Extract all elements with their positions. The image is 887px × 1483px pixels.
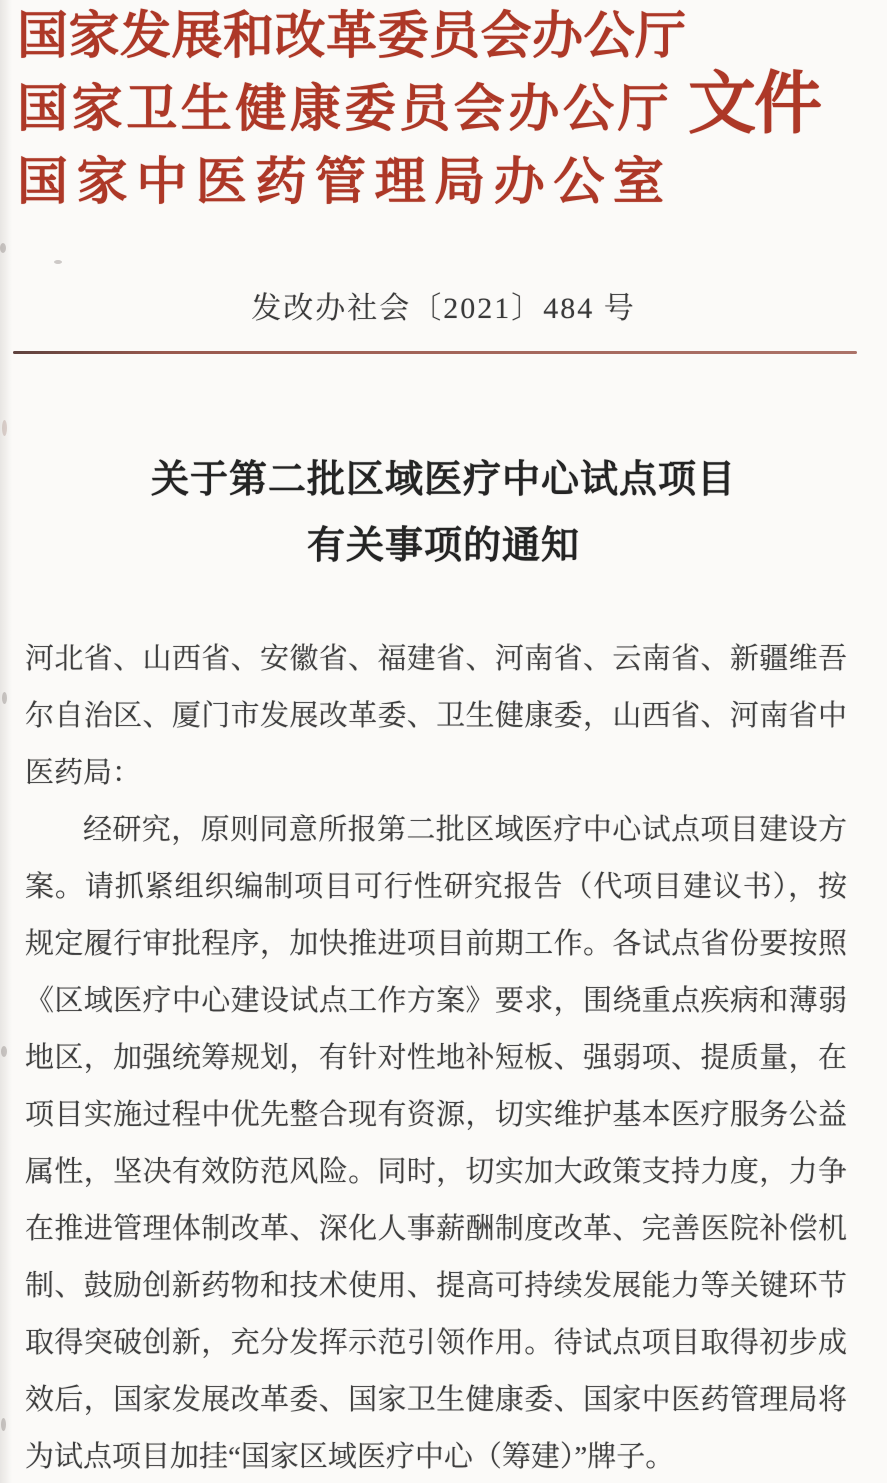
document-page: 国家发展和改革委员会办公厅 国家卫生健康委员会办公厅 国家中医药管理局办公室 文…: [0, 0, 887, 1483]
body-paragraph: 经研究，原则同意所报第二批区域医疗中心试点项目建设方案。请抓紧组织编制项目可行性…: [25, 802, 847, 1483]
title-line-1: 关于第二批区域医疗中心试点项目: [0, 447, 887, 513]
scan-speck: [2, 692, 7, 704]
scan-speck: [1, 1418, 6, 1431]
red-separator-line: [13, 351, 857, 354]
scan-speck: [2, 420, 7, 436]
scan-speck: [1, 1046, 7, 1057]
letterhead: 国家发展和改革委员会办公厅 国家卫生健康委员会办公厅 国家中医药管理局办公室: [17, 1, 687, 220]
title-line-2: 有关事项的通知: [0, 513, 887, 579]
scan-speck: [0, 243, 6, 253]
document-body: 河北省、山西省、安徽省、福建省、河南省、云南省、新疆维吾尔自治区、厦门市发展改革…: [25, 631, 847, 1483]
document-number: 发改办社会〔2021〕484 号: [0, 283, 887, 327]
doc-type-label: 文件: [688, 70, 820, 138]
scan-speck: [54, 260, 62, 264]
document-title: 关于第二批区域医疗中心试点项目 有关事项的通知: [0, 447, 887, 579]
issuing-org-line-2: 国家卫生健康委员会办公厅: [17, 74, 687, 147]
issuing-org-line-3: 国家中医药管理局办公室: [17, 147, 687, 220]
scan-edge-artifact: [0, 0, 12, 1483]
addressee-paragraph: 河北省、山西省、安徽省、福建省、河南省、云南省、新疆维吾尔自治区、厦门市发展改革…: [25, 631, 847, 802]
issuing-org-line-1: 国家发展和改革委员会办公厅: [17, 1, 687, 74]
